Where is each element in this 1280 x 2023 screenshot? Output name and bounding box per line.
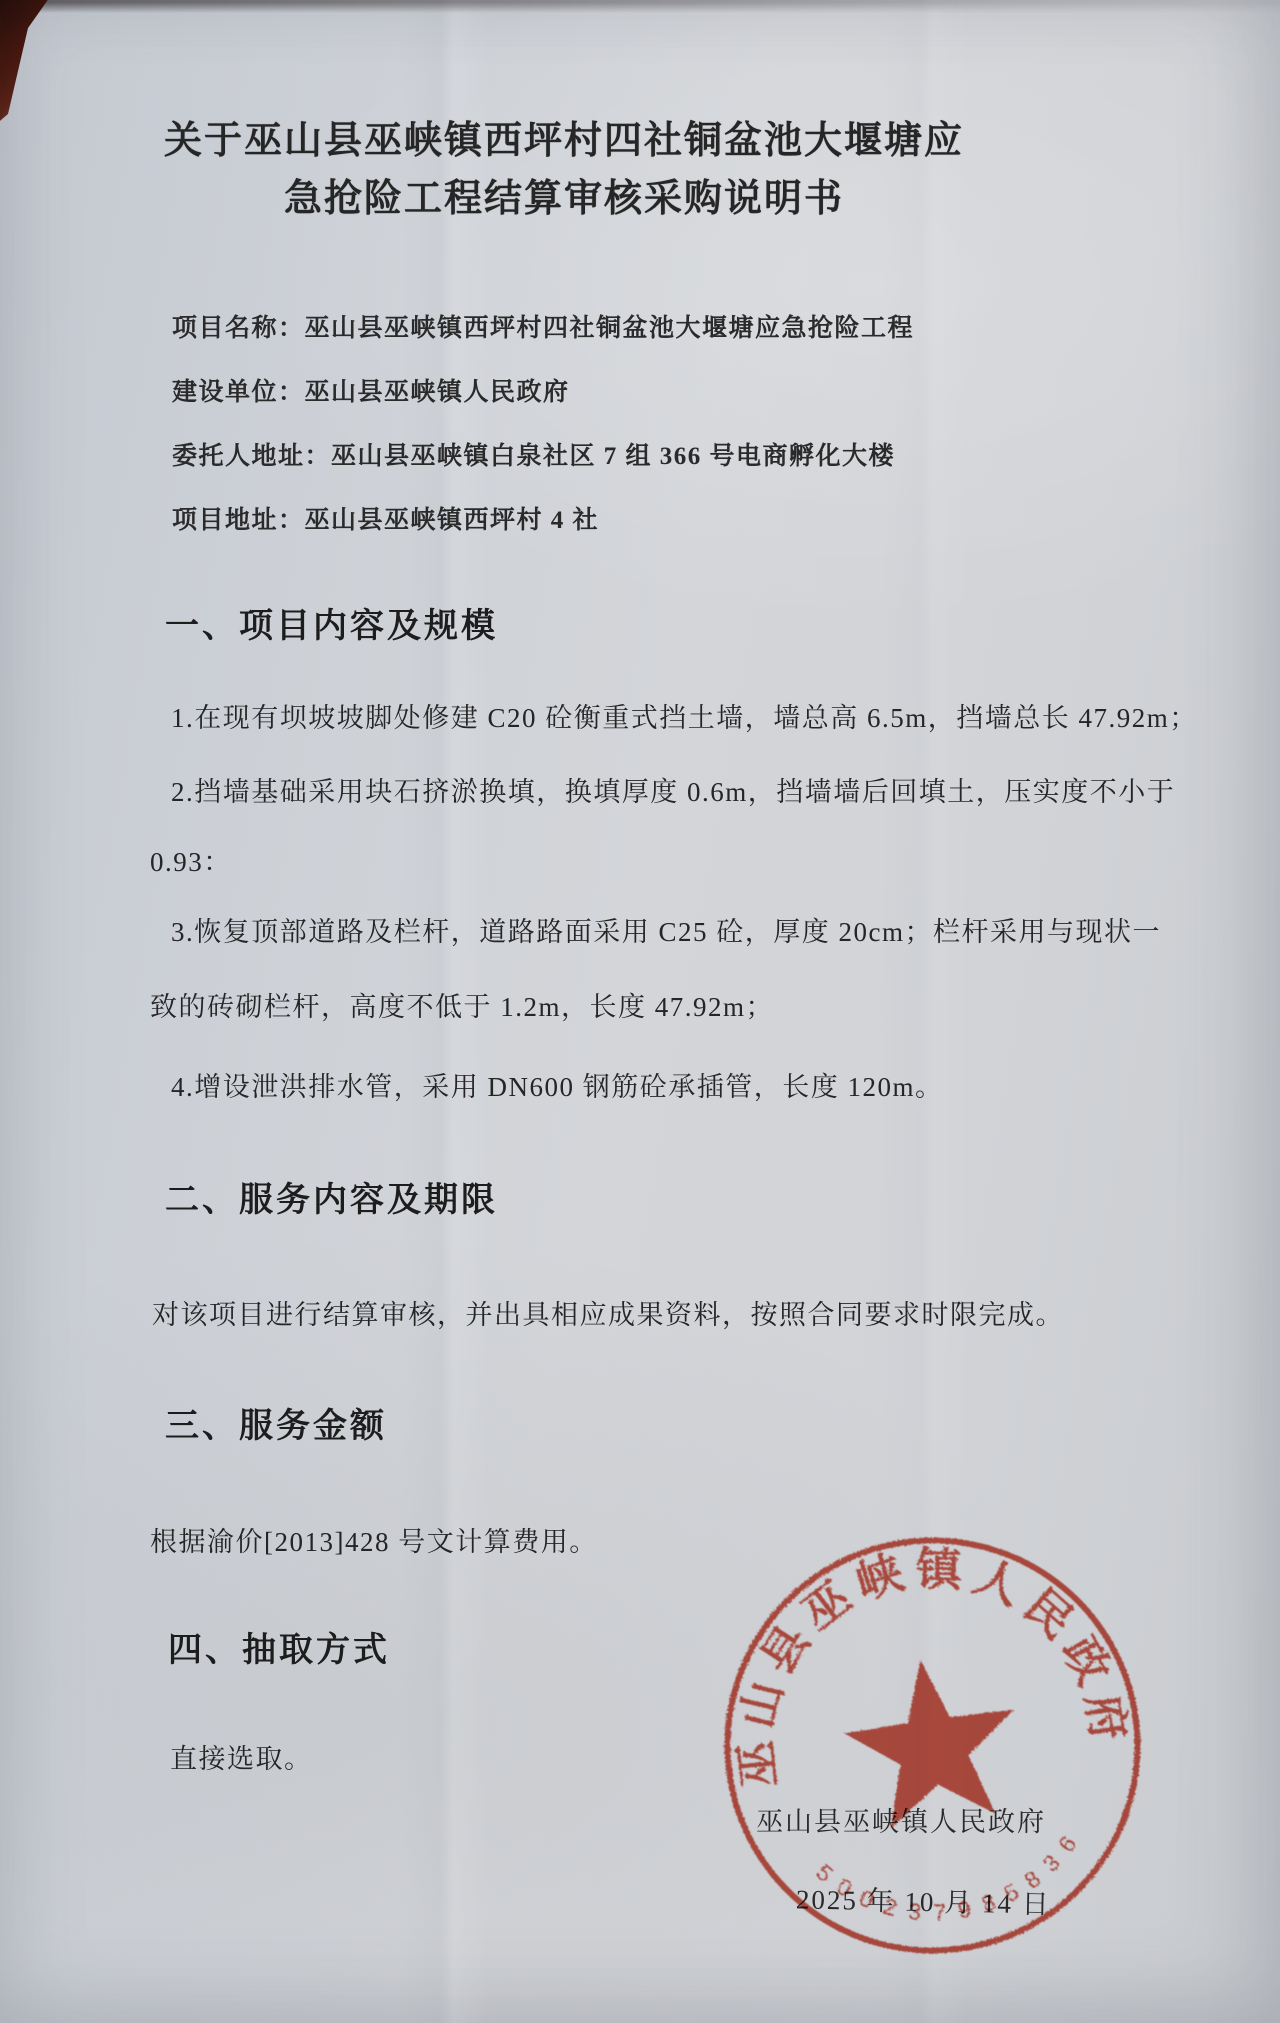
info-label: 项目地址： bbox=[172, 507, 305, 534]
info-value: 巫山县巫峡镇西坪村四社铜盆池大堰塘应急抢险工程 bbox=[305, 315, 915, 342]
photo-top-edge-shadow bbox=[0, 0, 1280, 13]
info-value: 巫山县巫峡镇人民政府 bbox=[305, 379, 570, 406]
section-3-heading: 三、服务金额 bbox=[165, 1398, 387, 1447]
section-4-heading: 四、抽取方式 bbox=[168, 1622, 390, 1671]
section-1-line-3: 0.93： bbox=[150, 840, 232, 879]
section-1-heading: 一、项目内容及规模 bbox=[165, 598, 498, 647]
info-client-address: 委托人地址：巫山县巫峡镇白泉社区 7 组 366 号电商孵化大楼 bbox=[172, 436, 895, 472]
info-project-address: 项目地址：巫山县巫峡镇西坪村 4 社 bbox=[172, 500, 599, 536]
section-1-line-4: 3.恢复顶部道路及栏杆，道路路面采用 C25 砼，厚度 20cm；栏杆采用与现状… bbox=[171, 910, 1161, 949]
seal-code-text: 500237985836 bbox=[809, 1824, 1090, 1944]
section-1-line-2: 2.挡墙基础采用块石挤淤换填，换填厚度 0.6m，挡墙墙后回填土，压实度不小于 bbox=[171, 770, 1175, 809]
seal-graphic: 巫山县巫峡镇人民政府 500237985836 bbox=[676, 1489, 1190, 2003]
seal-star-icon bbox=[836, 1648, 1028, 1833]
title-line-2: 急抢险工程结算审核采购说明书 bbox=[85, 170, 1043, 228]
photo-corner-shadow bbox=[0, 0, 64, 144]
section-1-line-1: 1.在现有坝坡坡脚处修建 C20 砼衡重式挡土墙，墙总高 6.5m，挡墙总长 4… bbox=[171, 696, 1198, 735]
info-value: 巫山县巫峡镇白泉社区 7 组 366 号电商孵化大楼 bbox=[331, 443, 895, 470]
section-1-line-6: 4.增设泄洪排水管，采用 DN600 钢筋砼承插管，长度 120m。 bbox=[171, 1065, 944, 1104]
info-label: 建设单位： bbox=[172, 379, 305, 406]
info-value: 巫山县巫峡镇西坪村 4 社 bbox=[305, 507, 600, 534]
section-3-paragraph: 根据渝价[2013]428 号文计算费用。 bbox=[150, 1520, 598, 1559]
info-project-name: 项目名称：巫山县巫峡镇西坪村四社铜盆池大堰塘应急抢险工程 bbox=[172, 308, 914, 344]
section-1-line-5: 致的砖砌栏杆，高度不低于 1.2m，长度 47.92m； bbox=[150, 985, 774, 1024]
info-construction-unit: 建设单位：巫山县巫峡镇人民政府 bbox=[172, 372, 570, 408]
section-2-heading: 二、服务内容及期限 bbox=[165, 1172, 498, 1221]
info-label: 项目名称： bbox=[172, 315, 305, 342]
seal-code-textpath: 500237985836 bbox=[809, 1824, 1090, 1944]
title-line-1: 关于巫山县巫峡镇西坪村四社铜盆池大堰塘应 bbox=[85, 112, 1043, 170]
section-4-paragraph: 直接选取。 bbox=[170, 1737, 313, 1776]
info-label: 委托人地址： bbox=[172, 443, 331, 470]
section-2-paragraph: 对该项目进行结算审核，并出具相应成果资料，按照合同要求时限完成。 bbox=[152, 1293, 1064, 1332]
document-title: 关于巫山县巫峡镇西坪村四社铜盆池大堰塘应 急抢险工程结算审核采购说明书 bbox=[85, 112, 1043, 228]
document-photo: 关于巫山县巫峡镇西坪村四社铜盆池大堰塘应 急抢险工程结算审核采购说明书 项目名称… bbox=[0, 0, 1280, 2023]
official-seal-stamp: 巫山县巫峡镇人民政府 500237985836 bbox=[676, 1489, 1190, 2003]
